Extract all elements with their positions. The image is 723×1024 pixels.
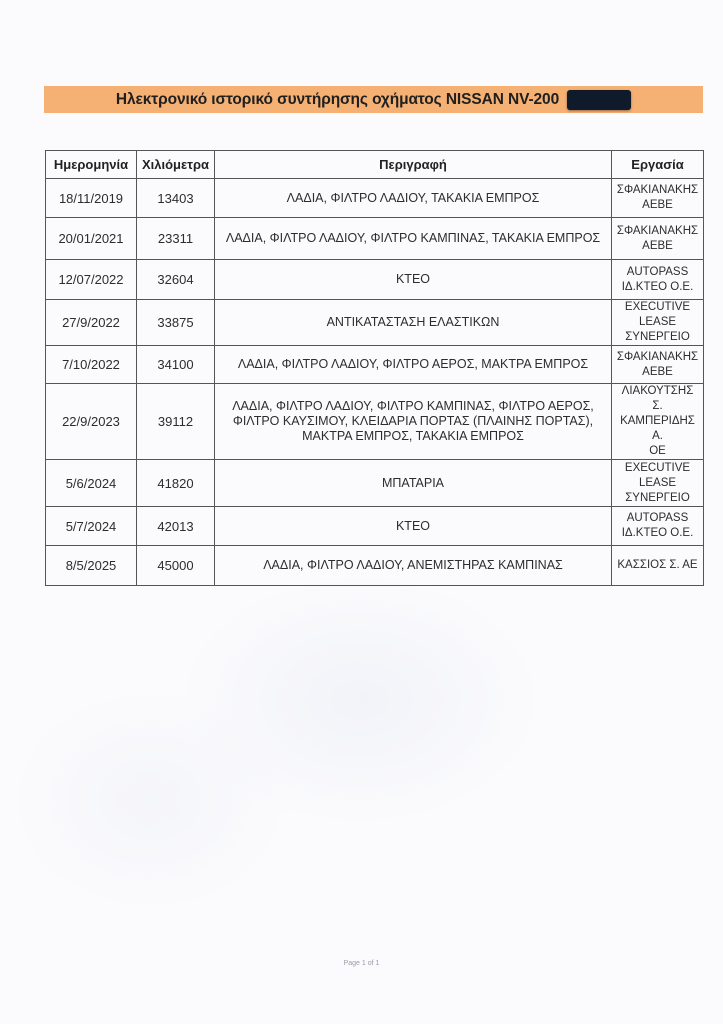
cell-shop: ΣΦΑΚΙΑΝΑΚΗΣΑΕΒΕ (612, 179, 704, 218)
table-header-row: Ημερομηνία Χιλιόμετρα Περιγραφή Εργασία (46, 151, 704, 179)
shop-line: ΟΕ (649, 445, 666, 457)
cell-date: 27/9/2022 (46, 300, 137, 346)
cell-description: ΑΝΤΙΚΑΤΑΣΤΑΣΗ ΕΛΑΣΤΙΚΩΝ (215, 300, 612, 346)
cell-shop: AUTOPASSΙΔ.ΚΤΕΟ Ο.Ε. (612, 507, 704, 546)
cell-km: 39112 (137, 384, 215, 460)
table-row: 7/10/202234100ΛΑΔΙΑ, ΦΙΛΤΡΟ ΛΑΔΙΟΥ, ΦΙΛΤ… (46, 346, 704, 384)
shop-line: ΑΕΒΕ (642, 366, 673, 378)
table-row: 12/07/202232604ΚΤΕΟAUTOPASSΙΔ.ΚΤΕΟ Ο.Ε. (46, 260, 704, 300)
cell-date: 18/11/2019 (46, 179, 137, 218)
shop-line: EXECUTIVE (625, 462, 690, 474)
cell-description: ΛΑΔΙΑ, ΦΙΛΤΡΟ ΛΑΔΙΟΥ, ΦΙΛΤΡΟ ΑΕΡΟΣ, ΜΑΚΤ… (215, 346, 612, 384)
cell-shop: EXECUTIVELEASE ΣΥΝΕΡΓΕΙΟ (612, 300, 704, 346)
description-line: ΜΑΚΤΡΑ ΕΜΠΡΟΣ, ΤΑΚΑΚΙΑ ΕΜΠΡΟΣ (302, 429, 524, 443)
page-footer: Page 1 of 1 (0, 960, 723, 967)
cell-km: 32604 (137, 260, 215, 300)
shop-line: AUTOPASS (627, 512, 689, 524)
table-row: 20/01/202123311ΛΑΔΙΑ, ΦΙΛΤΡΟ ΛΑΔΙΟΥ, ΦΙΛ… (46, 218, 704, 260)
shop-line: ΑΕΒΕ (642, 199, 673, 211)
cell-date: 8/5/2025 (46, 546, 137, 586)
cell-shop: ΚΑΣΣΙΟΣ Σ. ΑΕ (612, 546, 704, 586)
shop-line: ΙΔ.ΚΤΕΟ Ο.Ε. (622, 527, 694, 539)
cell-km: 33875 (137, 300, 215, 346)
cell-km: 13403 (137, 179, 215, 218)
table-row: 18/11/201913403ΛΑΔΙΑ, ΦΙΛΤΡΟ ΛΑΔΙΟΥ, ΤΑΚ… (46, 179, 704, 218)
shop-line: LEASE ΣΥΝΕΡΓΕΙΟ (625, 477, 690, 504)
cell-km: 41820 (137, 460, 215, 507)
cell-km: 45000 (137, 546, 215, 586)
column-header-shop: Εργασία (612, 151, 704, 179)
description-line: ΦΙΛΤΡΟ ΚΑΥΣΙΜΟΥ, ΚΛΕΙΔΑΡΙΑ ΠΟΡΤΑΣ (ΠΛΑΙΝ… (233, 414, 593, 428)
shop-line: ΑΕΒΕ (642, 240, 673, 252)
column-header-km: Χιλιόμετρα (137, 151, 215, 179)
cell-description: ΛΑΔΙΑ, ΦΙΛΤΡΟ ΛΑΔΙΟΥ, ΦΙΛΤΡΟ ΚΑΜΠΙΝΑΣ, Τ… (215, 218, 612, 260)
column-header-date: Ημερομηνία (46, 151, 137, 179)
redacted-plate-block (567, 90, 631, 110)
cell-description: ΛΑΔΙΑ, ΦΙΛΤΡΟ ΛΑΔΙΟΥ, ΦΙΛΤΡΟ ΚΑΜΠΙΝΑΣ, Φ… (215, 384, 612, 460)
cell-date: 5/7/2024 (46, 507, 137, 546)
cell-km: 34100 (137, 346, 215, 384)
table-body: 18/11/201913403ΛΑΔΙΑ, ΦΙΛΤΡΟ ΛΑΔΙΟΥ, ΤΑΚ… (46, 179, 704, 586)
description-line: ΛΑΔΙΑ, ΦΙΛΤΡΟ ΛΑΔΙΟΥ, ΦΙΛΤΡΟ ΚΑΜΠΙΝΑΣ, Φ… (232, 399, 594, 413)
shop-line: AUTOPASS (627, 266, 689, 278)
cell-description: ΛΑΔΙΑ, ΦΙΛΤΡΟ ΛΑΔΙΟΥ, ΤΑΚΑΚΙΑ ΕΜΠΡΟΣ (215, 179, 612, 218)
cell-shop: EXECUTIVELEASE ΣΥΝΕΡΓΕΙΟ (612, 460, 704, 507)
table-row: 27/9/202233875ΑΝΤΙΚΑΤΑΣΤΑΣΗ ΕΛΑΣΤΙΚΩΝEXE… (46, 300, 704, 346)
cell-date: 7/10/2022 (46, 346, 137, 384)
cell-shop: AUTOPASSΙΔ.ΚΤΕΟ Ο.Ε. (612, 260, 704, 300)
shop-line: ΣΦΑΚΙΑΝΑΚΗΣ (617, 225, 698, 237)
title-banner: Ηλεκτρονικό ιστορικό συντήρησης οχήματος… (44, 86, 703, 113)
cell-date: 22/9/2023 (46, 384, 137, 460)
shop-line: ΚΑΣΣΙΟΣ Σ. ΑΕ (617, 559, 697, 571)
cell-description: ΚΤΕΟ (215, 507, 612, 546)
cell-description: ΚΤΕΟ (215, 260, 612, 300)
cell-date: 5/6/2024 (46, 460, 137, 507)
shop-line: ΣΦΑΚΙΑΝΑΚΗΣ (617, 184, 698, 196)
shop-line: ΣΦΑΚΙΑΝΑΚΗΣ (617, 351, 698, 363)
shop-line: LEASE ΣΥΝΕΡΓΕΙΟ (625, 316, 690, 343)
cell-description: ΛΑΔΙΑ, ΦΙΛΤΡΟ ΛΑΔΙΟΥ, ΑΝΕΜΙΣΤΗΡΑΣ ΚΑΜΠΙΝ… (215, 546, 612, 586)
table-row: 5/7/202442013ΚΤΕΟAUTOPASSΙΔ.ΚΤΕΟ Ο.Ε. (46, 507, 704, 546)
shop-line: EXECUTIVE (625, 301, 690, 313)
maintenance-history-table: Ημερομηνία Χιλιόμετρα Περιγραφή Εργασία … (45, 150, 704, 586)
cell-km: 42013 (137, 507, 215, 546)
shop-line: ΙΔ.ΚΤΕΟ Ο.Ε. (622, 281, 694, 293)
table-row: 5/6/202441820ΜΠΑΤΑΡΙΑEXECUTIVELEASE ΣΥΝΕ… (46, 460, 704, 507)
cell-description: ΜΠΑΤΑΡΙΑ (215, 460, 612, 507)
column-header-description: Περιγραφή (215, 151, 612, 179)
table-row: 22/9/202339112ΛΑΔΙΑ, ΦΙΛΤΡΟ ΛΑΔΙΟΥ, ΦΙΛΤ… (46, 384, 704, 460)
table-row: 8/5/202545000ΛΑΔΙΑ, ΦΙΛΤΡΟ ΛΑΔΙΟΥ, ΑΝΕΜΙ… (46, 546, 704, 586)
cell-km: 23311 (137, 218, 215, 260)
cell-shop: ΛΙΑΚΟΥΤΣΗΣ Σ.ΚΑΜΠΕΡΙΔΗΣ Α.ΟΕ (612, 384, 704, 460)
document-title: Ηλεκτρονικό ιστορικό συντήρησης οχήματος… (116, 91, 559, 109)
cell-date: 12/07/2022 (46, 260, 137, 300)
shop-line: ΚΑΜΠΕΡΙΔΗΣ Α. (620, 415, 695, 442)
cell-shop: ΣΦΑΚΙΑΝΑΚΗΣΑΕΒΕ (612, 218, 704, 260)
shop-line: ΛΙΑΚΟΥΤΣΗΣ Σ. (622, 385, 694, 412)
cell-shop: ΣΦΑΚΙΑΝΑΚΗΣΑΕΒΕ (612, 346, 704, 384)
cell-date: 20/01/2021 (46, 218, 137, 260)
